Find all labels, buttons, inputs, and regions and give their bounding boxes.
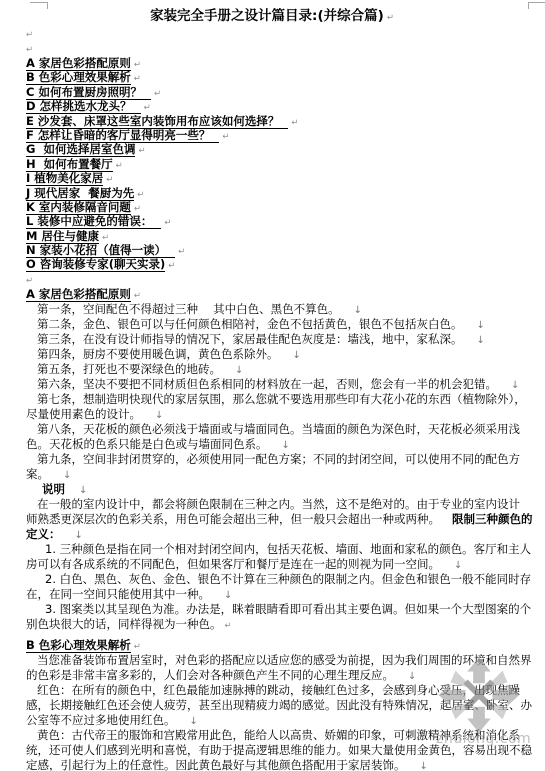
page-title: 家装完全手册之设计篇目录:(并综合篇)↵ bbox=[26, 6, 518, 26]
paragraph-mark-icon: ↵ bbox=[168, 261, 175, 271]
body-line: 感，长期接触红色还会使人疲劳，甚至出现精疲力竭的感觉。因此没有特殊情况，起居室、… bbox=[26, 698, 518, 713]
toc-item[interactable]: B 色彩心理效果解析↵ bbox=[26, 70, 518, 84]
toc-item-label[interactable]: E 沙发套、床罩这些室内装饰用布应该如何选择？ bbox=[26, 114, 288, 129]
toc-item-label[interactable]: A 家居色彩搭配原则 bbox=[26, 56, 131, 71]
body-line-text: 黄色：古代帝王的服饰和宫殿常用此色，能给人以高贵、娇媚的印象，可刺激精神系统和消… bbox=[37, 728, 520, 742]
body-line: 第六条，坚决不要把不同材质但色系相同的材料放在一起，否则，您会有一半的机会犯错。… bbox=[26, 377, 518, 392]
body-line-text: 公室等不应过多地使用红色。 bbox=[26, 713, 176, 727]
sections: A 家居色彩搭配原则↵第一条，空间配色不得超过三种 其中白色、黑色不算色。↓第二… bbox=[26, 287, 518, 771]
toc-item[interactable]: C 如何布置厨房照明？↵ bbox=[26, 85, 518, 99]
body-line: 尽量使用素色的设计。↓ bbox=[26, 407, 518, 422]
body-line: 定义：↓ bbox=[26, 527, 518, 542]
paragraph-mark-icon: ↵ bbox=[154, 89, 161, 99]
body-line: 统，还可使人们感到光明和喜悦，有助于提高逻辑思维的能力。如果大量使用金黄色，容易… bbox=[26, 743, 518, 758]
paragraph-mark-icon: ↵ bbox=[134, 74, 141, 84]
body-line: 房可以有各成系统的不同配色，但如果客厅和餐厅是连在一起的则视为同一空间。↓ bbox=[26, 557, 518, 572]
blank-line: ↵ bbox=[26, 26, 518, 41]
body-line-text: 第九条，空间非封闭贯穿的，必须使用同一配色方案；不同的封闭空间，可以使用不同的配… bbox=[37, 452, 520, 466]
body-line-text: 定感，引起行为上的任意性。因此黄色最好与其他颜色搭配用于家居装饰。 bbox=[26, 758, 406, 771]
body-line: 红色：在所有的颜色中，红色最能加速脉搏的跳动，接触红色过多，会感到身心受压，出现… bbox=[26, 683, 518, 698]
toc-item[interactable]: F 怎样让昏暗的客厅显得明亮一些？↵ bbox=[26, 128, 518, 142]
line-break-icon: ↓ bbox=[454, 560, 462, 571]
blank-lines-after-toc: ↵ bbox=[26, 272, 518, 287]
paragraph-mark-icon: ↵ bbox=[387, 13, 394, 23]
body-line-text: 在，在同一空间只能使用其中一种。 bbox=[26, 587, 210, 601]
document-page: 家装完全手册之设计篇目录:(并综合篇)↵ ↵↵ A 家居色彩搭配原则↵B 色彩心… bbox=[0, 0, 545, 771]
body-line-text: 房可以有各成系统的不同配色，但如果客厅和餐厅是连在一起的则视为同一空间。 bbox=[26, 557, 440, 571]
body-line: 色。天花板的色系只能是白色或与墙面同色系。↓ bbox=[26, 437, 518, 452]
toc-item[interactable]: N 家装小花招（值得一读）↵ bbox=[26, 243, 518, 257]
paragraph-mark-icon: ↵ bbox=[102, 233, 109, 243]
line-break-icon: ↓ bbox=[477, 335, 485, 346]
paragraph-mark-icon: ↵ bbox=[134, 642, 141, 652]
section-heading: B 色彩心理效果解析↵ bbox=[26, 638, 518, 653]
line-break-icon: ↓ bbox=[282, 440, 290, 451]
paragraph-mark-icon: ↵ bbox=[225, 621, 232, 631]
body-line-text: 感，长期接触红色还会使人疲劳，甚至出现精疲力竭的感觉。因此没有特殊情况，起居室、… bbox=[26, 698, 532, 712]
toc-item-label[interactable]: F 怎样让昏暗的客厅显得明亮一些？ bbox=[26, 128, 219, 143]
toc: A 家居色彩搭配原则↵B 色彩心理效果解析↵C 如何布置厨房照明？↵D 怎样挑选… bbox=[26, 56, 518, 272]
paragraph-mark-icon: ↵ bbox=[144, 103, 151, 113]
line-break-icon: ↓ bbox=[155, 410, 163, 421]
paragraph-mark-icon: ↵ bbox=[26, 276, 33, 286]
body-line: 3. 图案类以其呈现色为准。办法是，眯着眼睛看即可看出其主要色调。但如果一个大型… bbox=[26, 602, 518, 617]
toc-item[interactable]: H 如何布置餐厅↵ bbox=[26, 157, 518, 171]
paragraph-mark-icon: ↵ bbox=[26, 30, 33, 40]
body-line-text: 当您准备装饰布置居室时，对色彩的搭配应以适应您的感受为前提，因为我们周围的环境和… bbox=[37, 653, 532, 667]
body-line-bold-text: 限制三种颜色的 bbox=[452, 512, 533, 526]
paragraph-mark-icon: ↵ bbox=[134, 204, 141, 214]
paragraph-mark-icon: ↵ bbox=[116, 161, 123, 171]
line-break-icon: ↓ bbox=[63, 470, 71, 481]
body-line-text: 3. 图案类以其呈现色为准。办法是，眯着眼睛看即可看出其主要色调。但如果一个大型… bbox=[45, 602, 531, 616]
toc-item[interactable]: O 咨询装修专家(聊天实录)↵ bbox=[26, 257, 518, 271]
body-line: 黄色：古代帝王的服饰和宫殿常用此色，能给人以高贵、娇媚的印象，可刺激精神系统和消… bbox=[26, 728, 518, 743]
body-line-text: 统，还可使人们感到光明和喜悦，有助于提高逻辑思维的能力。如果大量使用金黄色，容易… bbox=[26, 743, 532, 757]
body-line-text: 第八条，天花板的颜色必须浅于墙面或与墙面同色。当墙面的颜色为深色时，天花板必须采… bbox=[37, 422, 520, 436]
line-break-icon: ↓ bbox=[224, 590, 232, 601]
body-line: 在一般的室内设计中，都会将颜色限制在三种之内。当然，这不是绝对的。由于专业的室内… bbox=[26, 497, 518, 512]
body-line-text: 第二条，金色、银色可以与任何颜色相陪衬，金色不包括黄色，银色不包括灰白色。 bbox=[37, 317, 463, 331]
toc-item-label[interactable]: C 如何布置厨房照明？ bbox=[26, 85, 151, 100]
body-line: 的色彩是非常丰富多彩的，人们会对各种颜色产生不同的心理生理反应。↓ bbox=[26, 668, 518, 683]
body-line-text: 第三条，在没有设计师指导的情况下，家居最佳配色灰度是：墙浅，地中，家私深。 bbox=[37, 332, 463, 346]
paragraph-mark-icon: ↵ bbox=[178, 247, 185, 257]
body-line-text: 第七条，想制造明快现代的家居氛围，那么您就不要选用那些印有大花小花的东西（植物除… bbox=[37, 392, 526, 406]
body-line: 在，在同一空间只能使用其中一种。↓ bbox=[26, 587, 518, 602]
toc-item-label[interactable]: O 咨询装修专家(聊天实录) bbox=[26, 257, 165, 272]
blank-lines-top: ↵↵ bbox=[26, 26, 518, 56]
body-line-text: 案。 bbox=[26, 467, 49, 481]
body-line-text: 第一条，空间配色不得超过三种 其中白色、黑色不算色。 bbox=[37, 302, 340, 316]
line-break-icon: ↓ bbox=[477, 320, 485, 331]
paragraph-mark-icon: ↵ bbox=[138, 146, 145, 156]
toc-item[interactable]: L 装修中应避免的错误：↵ bbox=[26, 214, 518, 228]
crop-mark-top-right bbox=[528, 2, 545, 9]
line-break-icon: ↓ bbox=[235, 365, 243, 376]
toc-item-label[interactable]: M 居住与健康 bbox=[26, 229, 99, 244]
body-line: 案。↓ bbox=[26, 467, 518, 482]
section-heading: A 家居色彩搭配原则↵ bbox=[26, 287, 518, 302]
line-break-icon: ↓ bbox=[190, 716, 198, 727]
section-heading-text: B 色彩心理效果解析 bbox=[26, 638, 131, 653]
paragraph-mark-icon: ↵ bbox=[26, 45, 33, 55]
body-line-text: 的色彩是非常丰富多彩的，人们会对各种颜色产生不同的心理生理反应。 bbox=[26, 668, 394, 682]
blank-line: ↵ bbox=[26, 272, 518, 287]
toc-item-label[interactable]: G 如何选择居室色调 bbox=[26, 142, 135, 157]
toc-item[interactable]: E 沙发套、床罩这些室内装饰用布应该如何选择？↵ bbox=[26, 114, 518, 128]
paragraph-mark-icon: ↵ bbox=[134, 60, 141, 70]
toc-item[interactable]: M 居住与健康↵ bbox=[26, 229, 518, 243]
body-line: 第八条，天花板的颜色必须浅于墙面或与墙面同色。当墙面的颜色为深色时，天花板必须采… bbox=[26, 422, 518, 437]
paragraph-mark-icon: ↵ bbox=[137, 190, 144, 200]
body-line: 别色块很大的话，同样得视为一种色。↵ bbox=[26, 617, 518, 632]
toc-item-label[interactable]: K 室内装修隔音问题 bbox=[26, 200, 131, 215]
paragraph-mark-icon: ↵ bbox=[134, 291, 141, 301]
paragraph-mark-icon: ↵ bbox=[164, 218, 171, 228]
body-line-text: 色。天花板的色系只能是白色或与墙面同色系。 bbox=[26, 437, 268, 451]
body-line: 说明↓ bbox=[26, 482, 518, 497]
line-break-icon: ↓ bbox=[408, 671, 416, 682]
line-break-icon: ↓ bbox=[75, 530, 83, 541]
body-line: 第三条，在没有设计师指导的情况下，家居最佳配色灰度是：墙浅，地中，家私深。↓ bbox=[26, 332, 518, 347]
toc-item-label[interactable]: J 现代居家 餐厨为先 bbox=[26, 186, 134, 201]
body-line-text: 1. 三种颜色是指在同一个相对封闭空间内，包括天花板、墙面、地面和家私的颜色。客… bbox=[45, 542, 531, 556]
body-line: 公室等不应过多地使用红色。↓ bbox=[26, 713, 518, 728]
section-heading-text: A 家居色彩搭配原则 bbox=[26, 287, 131, 302]
line-break-icon: ↓ bbox=[511, 380, 519, 391]
body-line-text: 第六条，坚决不要把不同材质但色系相同的材料放在一起，否则，您会有一半的机会犯错。 bbox=[37, 377, 497, 391]
body-line: 第五条，打死也不要深绿色的地砖。↓ bbox=[26, 362, 518, 377]
toc-item[interactable]: A 家居色彩搭配原则↵ bbox=[26, 56, 518, 70]
line-break-icon: ↓ bbox=[420, 761, 428, 771]
line-break-icon: ↓ bbox=[293, 350, 301, 361]
toc-item-label[interactable]: I 植物美化家居 bbox=[26, 171, 103, 186]
body-line: 定感，引起行为上的任意性。因此黄色最好与其他颜色搭配用于家居装饰。↓ bbox=[26, 758, 518, 771]
body-line-text: 第五条，打死也不要深绿色的地砖。 bbox=[37, 362, 221, 376]
body-line-text: 第四条，厨房不要使用暖色调，黄色色系除外。 bbox=[37, 347, 279, 361]
body-line: 第一条，空间配色不得超过三种 其中白色、黑色不算色。↓ bbox=[26, 302, 518, 317]
body-line: 2. 白色、黑色、灰色、金色、银色不计算在三种颜色的限制之内。但金色和银色一般不… bbox=[26, 572, 518, 587]
toc-item[interactable]: D 怎样挑选水龙头？↵ bbox=[26, 99, 518, 113]
body-line-text: 红色：在所有的颜色中，红色最能加速脉搏的跳动，接触红色过多，会感到身心受压，出现… bbox=[37, 683, 520, 697]
body-line: 第九条，空间非封闭贯穿的，必须使用同一配色方案；不同的封闭空间，可以使用不同的配… bbox=[26, 452, 518, 467]
blank-line: ↵ bbox=[26, 41, 518, 56]
line-break-icon: ↓ bbox=[79, 485, 87, 496]
body-line-bold-text: 定义： bbox=[26, 527, 61, 541]
toc-item-label[interactable]: L 装修中应避免的错误： bbox=[26, 214, 161, 229]
page-title-text: 家装完全手册之设计篇目录:(并综合篇) bbox=[150, 8, 384, 24]
document-content: 家装完全手册之设计篇目录:(并综合篇)↵ ↵↵ A 家居色彩搭配原则↵B 色彩心… bbox=[26, 6, 518, 771]
body-line: 第二条，金色、银色可以与任何颜色相陪衬，金色不包括黄色，银色不包括灰白色。↓ bbox=[26, 317, 518, 332]
body-line-bold-text: 说明 bbox=[42, 482, 65, 496]
body-line-text: 在一般的室内设计中，都会将颜色限制在三种之内。当然，这不是绝对的。由于专业的室内… bbox=[37, 497, 520, 511]
body-line: 第四条，厨房不要使用暖色调，黄色色系除外。↓ bbox=[26, 347, 518, 362]
toc-item-label[interactable]: H 如何布置餐厅 bbox=[26, 157, 113, 172]
toc-item[interactable]: K 室内装修隔音问题↵ bbox=[26, 200, 518, 214]
body-line: 当您准备装饰布置居室时，对色彩的搭配应以适应您的感受为前提，因为我们周围的环境和… bbox=[26, 653, 518, 668]
toc-item-label[interactable]: N 家装小花招（值得一读） bbox=[26, 243, 175, 258]
toc-item[interactable]: J 现代居家 餐厨为先↵ bbox=[26, 186, 518, 200]
body-line-text: 尽量使用素色的设计。 bbox=[26, 407, 141, 421]
toc-item-label[interactable]: D 怎样挑选水龙头？ bbox=[26, 99, 141, 114]
toc-item[interactable]: I 植物美化家居↵ bbox=[26, 171, 518, 185]
body-line-text: 别色块很大的话，同样得视为一种色。 bbox=[26, 617, 222, 631]
body-line-text: 师熟悉更深层次的色彩关系，用色可能会超出三种，但一般只会超出一种或两种。 bbox=[26, 512, 440, 526]
paragraph-mark-icon: ↵ bbox=[106, 175, 113, 185]
body-line: 1. 三种颜色是指在同一个相对封闭空间内，包括天花板、墙面、地面和家私的颜色。客… bbox=[26, 542, 518, 557]
toc-item-label[interactable]: B 色彩心理效果解析 bbox=[26, 70, 131, 85]
body-line: 师熟悉更深层次的色彩关系，用色可能会超出三种，但一般只会超出一种或两种。限制三种… bbox=[26, 512, 518, 527]
body-line: 第七条，想制造明快现代的家居氛围，那么您就不要选用那些印有大花小花的东西（植物除… bbox=[26, 392, 518, 407]
toc-item[interactable]: G 如何选择居室色调↵ bbox=[26, 142, 518, 156]
paragraph-mark-icon: ↵ bbox=[291, 118, 298, 128]
line-break-icon: ↓ bbox=[354, 305, 362, 316]
paragraph-mark-icon: ↵ bbox=[222, 132, 229, 142]
body-line-text: 2. 白色、黑色、灰色、金色、银色不计算在三种颜色的限制之内。但金色和银色一般不… bbox=[45, 572, 531, 586]
